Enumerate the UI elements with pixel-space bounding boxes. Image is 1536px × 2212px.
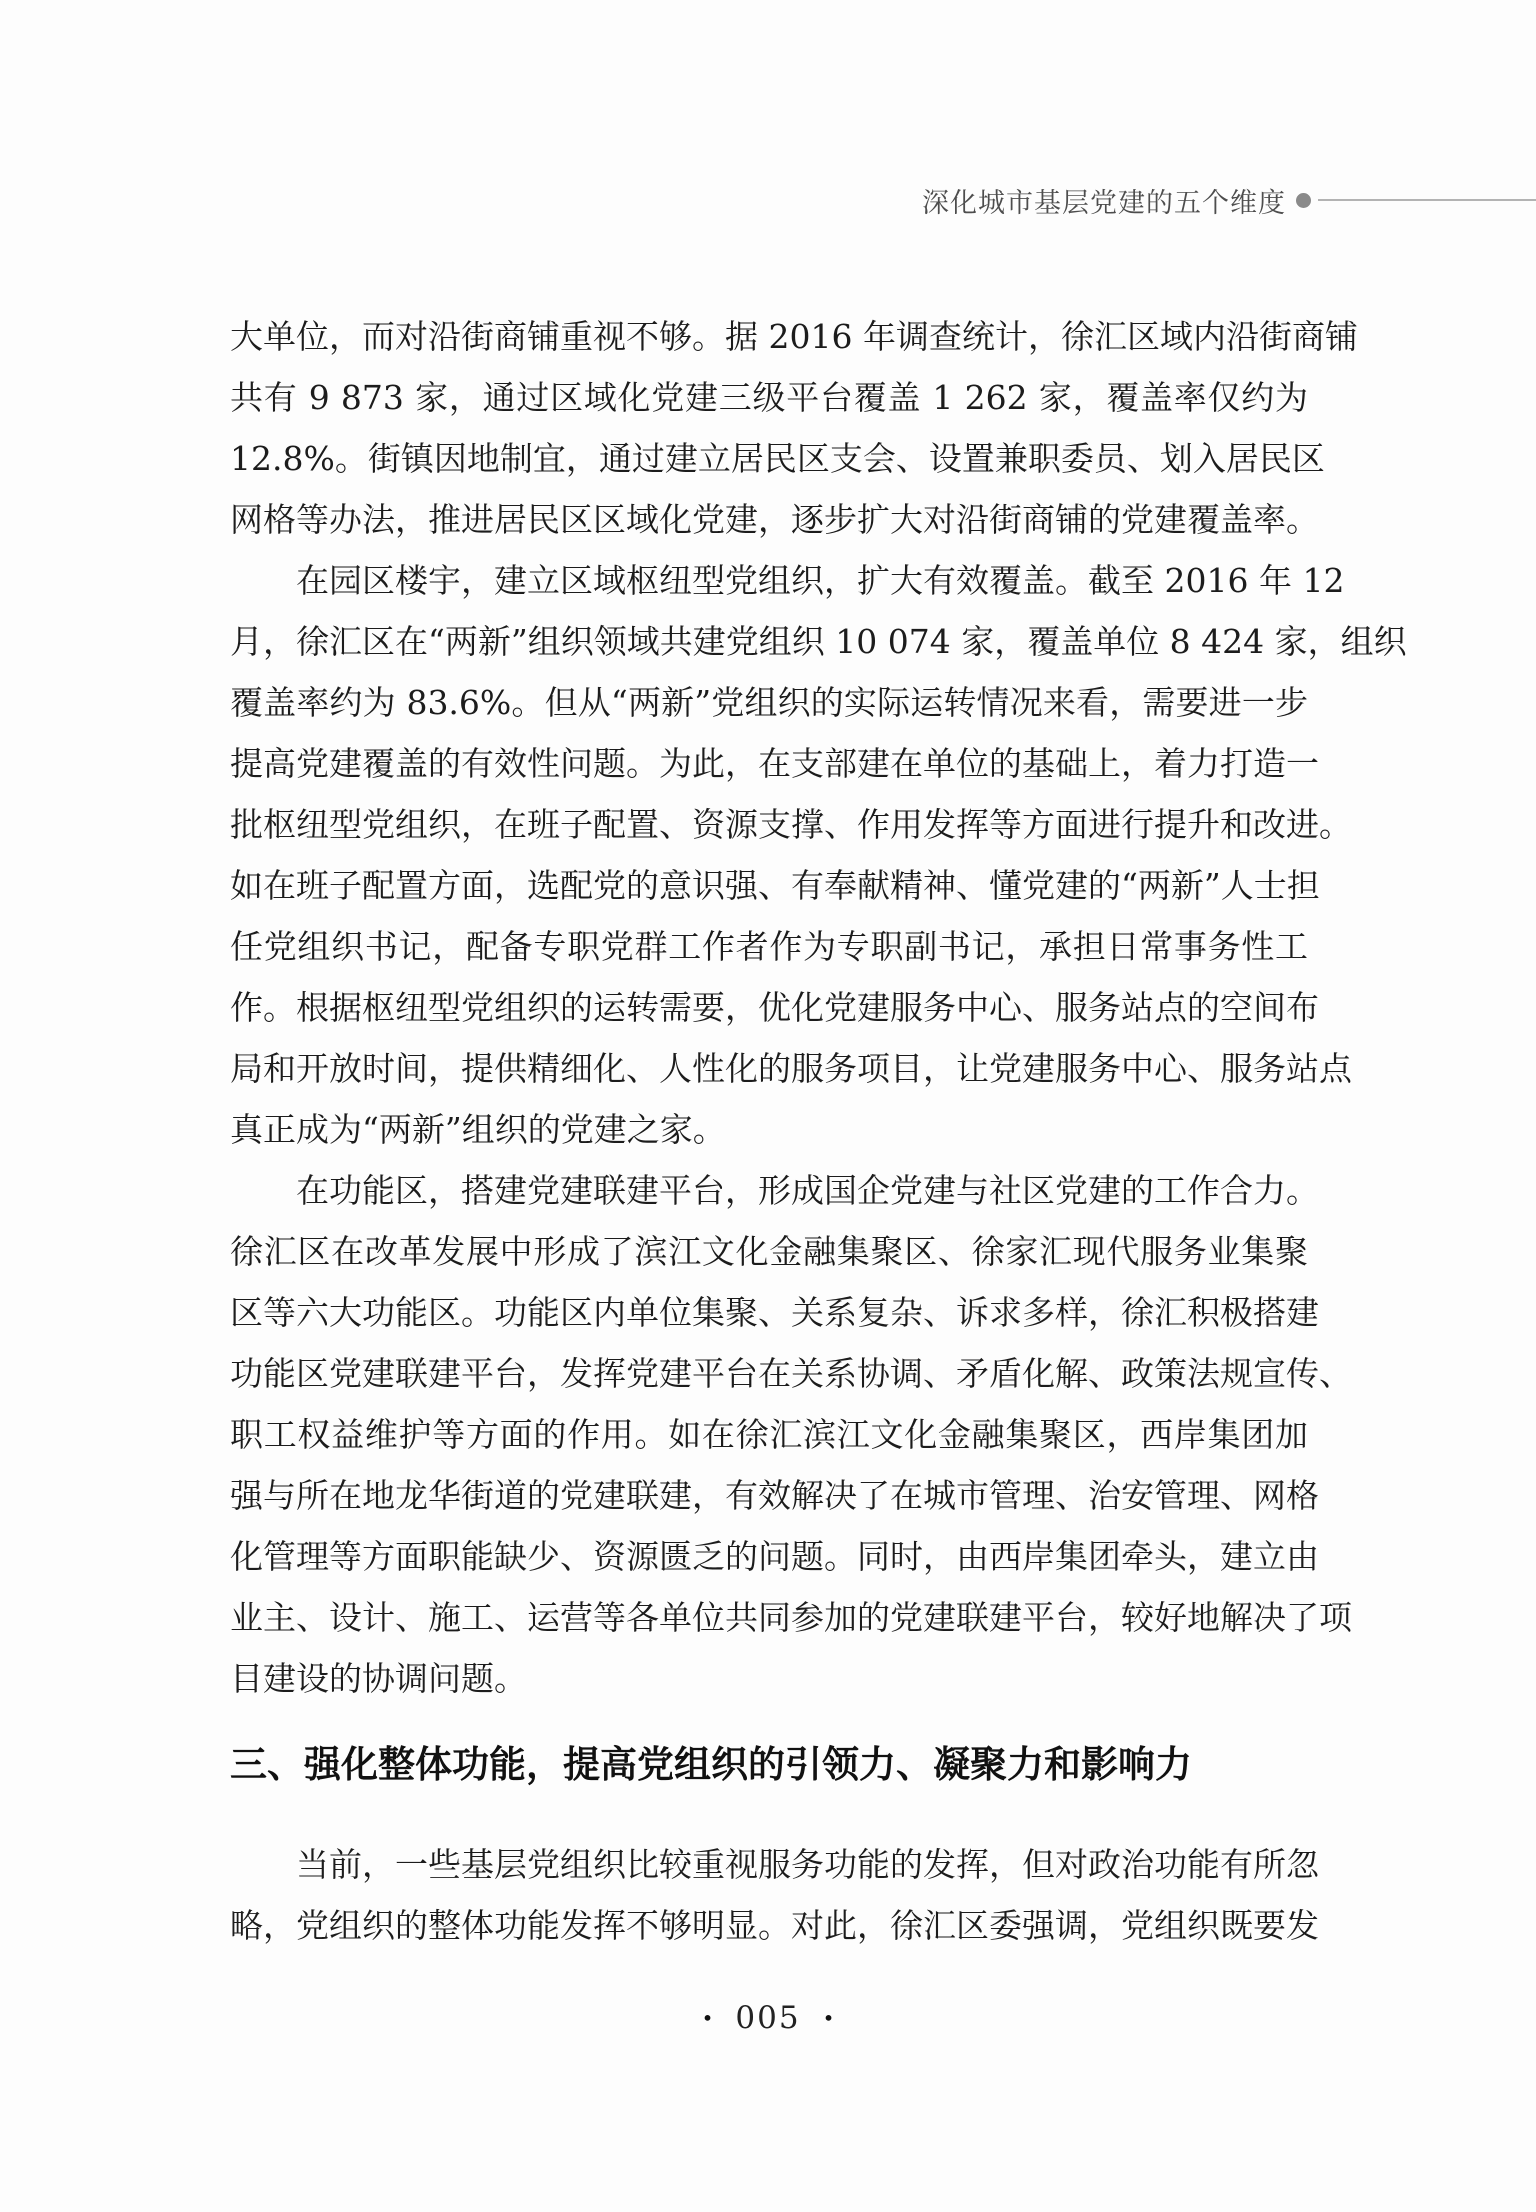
text-line: 任党组织书记，配备专职党群工作者作为专职副书记，承担日常事务性工 [230, 916, 1308, 977]
text-line: 徐汇区在改革发展中形成了滨江文化金融集聚区、徐家汇现代服务业集聚 [230, 1221, 1308, 1282]
body-paragraphs-bottom: 当前，一些基层党组织比较重视服务功能的发挥，但对政治功能有所忽略，党组织的整体功… [230, 1834, 1308, 1956]
text-line: 区等六大功能区。功能区内单位集聚、关系复杂、诉求多样，徐汇积极搭建 [230, 1282, 1308, 1343]
text-line: 在功能区，搭建党建联建平台，形成国企党建与社区党建的工作合力。 [230, 1160, 1308, 1221]
text-line: 提高党建覆盖的有效性问题。为此，在支部建在单位的基础上，着力打造一 [230, 733, 1308, 794]
footer-left-dot-icon: • [702, 2006, 714, 2030]
page-number: 005 [735, 2000, 800, 2036]
body-paragraphs-top: 大单位，而对沿街商铺重视不够。据 2016 年调查统计，徐汇区域内沿街商铺共有 … [230, 306, 1308, 1709]
text-line: 批枢纽型党组织，在班子配置、资源支撑、作用发挥等方面进行提升和改进。 [230, 794, 1308, 855]
text-line: 略，党组织的整体功能发挥不够明显。对此，徐汇区委强调，党组织既要发 [230, 1895, 1308, 1956]
text-line: 月，徐汇区在“两新”组织领域共建党组织 10 074 家，覆盖单位 8 424 … [230, 611, 1308, 672]
text-line: 在园区楼宇，建立区域枢纽型党组织，扩大有效覆盖。截至 2016 年 12 [230, 550, 1308, 611]
section-heading: 三、强化整体功能，提高党组织的引领力、凝聚力和影响力 [230, 1742, 1308, 1788]
text-line: 共有 9 873 家，通过区域化党建三级平台覆盖 1 262 家，覆盖率仅约为 [230, 367, 1308, 428]
running-header: 深化城市基层党建的五个维度 [0, 180, 1536, 220]
text-line: 覆盖率约为 83.6%。但从“两新”党组织的实际运转情况来看，需要进一步 [230, 672, 1308, 733]
text-line: 化管理等方面职能缺少、资源匮乏的问题。同时，由西岸集团牵头，建立由 [230, 1526, 1308, 1587]
text-line: 目建设的协调问题。 [230, 1648, 1308, 1709]
text-line: 大单位，而对沿街商铺重视不够。据 2016 年调查统计，徐汇区域内沿街商铺 [230, 306, 1308, 367]
text-line: 业主、设计、施工、运营等各单位共同参加的党建联建平台，较好地解决了项 [230, 1587, 1308, 1648]
text-line: 12.8%。街镇因地制宜，通过建立居民区支会、设置兼职委员、划入居民区 [230, 428, 1308, 489]
text-line: 职工权益维护等方面的作用。如在徐汇滨江文化金融集聚区，西岸集团加 [230, 1404, 1308, 1465]
text-line: 功能区党建联建平台，发挥党建平台在关系协调、矛盾化解、政策法规宣传、 [230, 1343, 1308, 1404]
text-line: 如在班子配置方面，选配党的意识强、有奉献精神、懂党建的“两新”人士担 [230, 855, 1308, 916]
page-body: 大单位，而对沿街商铺重视不够。据 2016 年调查统计，徐汇区域内沿街商铺共有 … [230, 306, 1308, 1956]
text-line: 网格等办法，推进居民区区域化党建，逐步扩大对沿街商铺的党建覆盖率。 [230, 489, 1308, 550]
running-header-title: 深化城市基层党建的五个维度 [922, 181, 1286, 220]
text-line: 局和开放时间，提供精细化、人性化的服务项目，让党建服务中心、服务站点 [230, 1038, 1308, 1099]
text-line: 当前，一些基层党组织比较重视服务功能的发挥，但对政治功能有所忽 [230, 1834, 1308, 1895]
text-line: 真正成为“两新”组织的党建之家。 [230, 1099, 1308, 1160]
text-line: 作。根据枢纽型党组织的运转需要，优化党建服务中心、服务站点的空间布 [230, 977, 1308, 1038]
text-line: 强与所在地龙华街道的党建联建，有效解决了在城市管理、治安管理、网格 [230, 1465, 1308, 1526]
footer-right-dot-icon: • [823, 2006, 835, 2030]
page-footer: •005• [0, 1998, 1536, 2038]
book-page: 深化城市基层党建的五个维度 大单位，而对沿街商铺重视不够。据 2016 年调查统… [0, 0, 1536, 2212]
header-rule-line [1318, 199, 1536, 201]
header-bullet-icon [1296, 193, 1311, 208]
